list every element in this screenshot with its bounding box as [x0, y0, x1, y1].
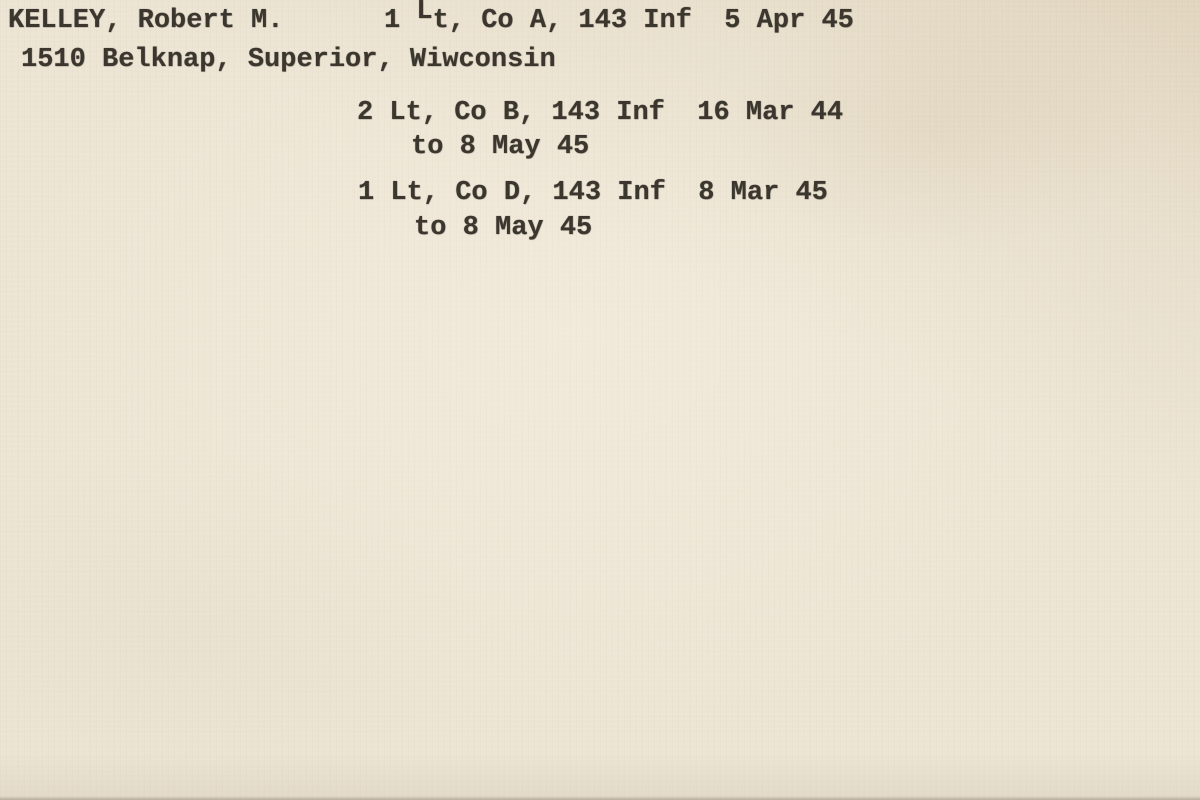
service-entry-2: 1 Lt, Co D, 143 Inf 8 Mar 45 — [358, 179, 828, 207]
service-line-current: 1 Lt, Co A, 143 Inf 5 Apr 45 — [384, 7, 854, 35]
soldier-name: KELLEY, Robert M. — [8, 7, 283, 35]
rank-unit-date: t, Co A, 143 Inf 5 Apr 45 — [433, 6, 854, 36]
rank-number: 1 — [384, 6, 416, 36]
service-entry-1-end-date: to 8 May 45 — [411, 133, 589, 161]
address-line: 1510 Belknap, Superior, Wiwconsin — [21, 46, 556, 74]
service-entry-2-end-date: to 8 May 45 — [414, 214, 592, 242]
service-entry-1: 2 Lt, Co B, 143 Inf 16 Mar 44 — [357, 99, 843, 127]
index-card: KELLEY, Robert M. 1 Lt, Co A, 143 Inf 5 … — [0, 0, 1200, 800]
rank-superscript-l: L — [416, 0, 432, 27]
